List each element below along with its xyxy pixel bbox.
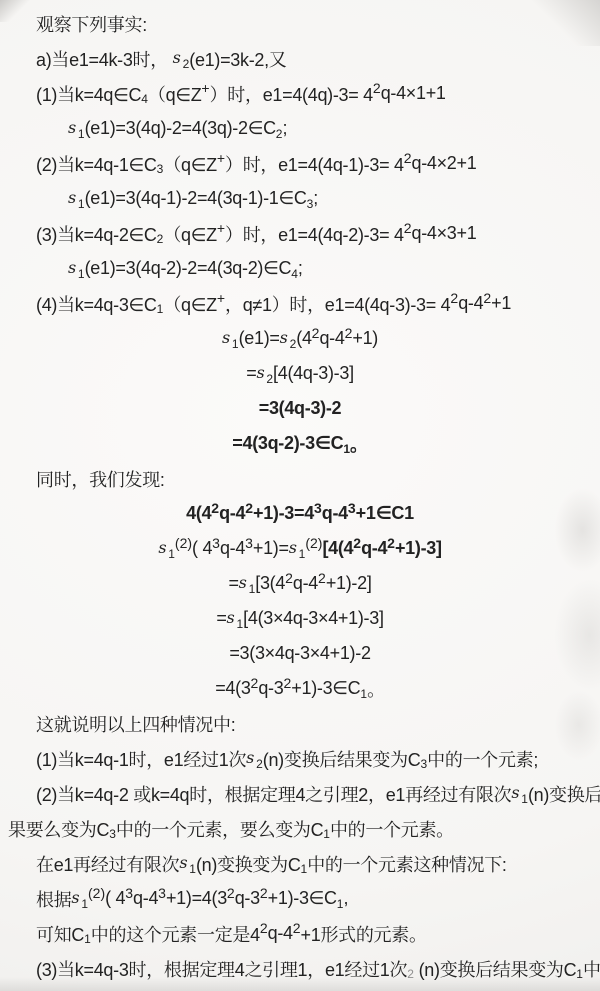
s-function-symbol: s: [511, 783, 519, 802]
text-token: =3(3×4q-3×4+1)-2: [229, 643, 370, 664]
subscript-token: 1: [360, 687, 367, 701]
superscript-token: (2): [305, 535, 322, 551]
superscript-token: (2): [88, 885, 105, 901]
case-4-step-4: =4(3q-2)-3∈C1。: [0, 426, 600, 461]
subscript-token: 1: [343, 442, 350, 456]
superscript-token: 2: [283, 675, 291, 691]
text-token: ;: [313, 188, 318, 209]
subscript-token: 1: [337, 897, 344, 911]
text-token: +1)=: [253, 538, 289, 559]
superscript-token: 3: [158, 885, 166, 901]
text-token: （q∈Z: [163, 221, 217, 247]
text-token: q-3: [258, 678, 283, 699]
derivation-step-4: =3(3×4q-3×4+1)-2: [0, 636, 600, 671]
superscript-token: 2: [387, 535, 395, 551]
superscript-token: 2: [285, 570, 293, 586]
subscript-token: 1: [521, 792, 528, 806]
text-token: q-4: [322, 503, 348, 524]
text-token: q-4: [133, 888, 158, 909]
superscript-token: 2: [450, 290, 458, 306]
text-token: +1): [352, 328, 378, 349]
text-token: q-4: [319, 328, 344, 349]
text-token: ）时，e1=4(4q)-3= 4: [210, 81, 373, 107]
subscript-token: 2: [290, 337, 297, 351]
text-token: (e1)=: [239, 328, 280, 349]
case-2-statement: (2)当k=4q-1∈C3（q∈Z+）时，e1=4(4q-1)-3= 42q-4…: [0, 146, 600, 181]
text-token: (e1)=3(4q)-2=4(3q)-2∈C: [85, 118, 276, 139]
case-4-statement: (4)当k=4q-3∈C1（q∈Z+，q≠1）时，e1=4(4q-3)-3= 4…: [0, 286, 600, 321]
text-token: (2)当k=4q-2 或k=4q时，根据定理4之引理2，e1再经过有限次: [36, 781, 511, 807]
subscript-token: 1: [78, 127, 85, 141]
case-3-statement: (3)当k=4q-2∈C2（q∈Z+）时，e1=4(4q-2)-3= 42q-4…: [0, 216, 600, 251]
s-function-symbol: s: [280, 328, 288, 347]
subscript-token: 1: [81, 897, 88, 911]
superscript-token: 2: [404, 220, 412, 236]
superscript-token: 2: [483, 290, 491, 306]
subscript-token: 4: [141, 92, 148, 106]
subscript-token: 3: [109, 827, 116, 841]
text-token: 根据: [36, 886, 71, 912]
subscript-token: 1: [299, 547, 306, 561]
text-token: 中: [583, 956, 600, 982]
text-token: (e1)=3(4q-2)-2=4(3q-2)∈C: [85, 258, 292, 279]
superscript-token: 3: [212, 535, 220, 551]
superscript-token: 2: [404, 150, 412, 166]
c1-case-intro: 在e1再经过有限次s1(n)变换变为C1中的一个元素这种情况下:: [0, 846, 600, 881]
text-token: (e1)=3k-2,又: [189, 46, 286, 72]
text-token: 中的一个元素，要么变为C: [116, 816, 323, 842]
text-token: 观察下列事实:: [36, 11, 147, 37]
conclusion-2-continued: 果要么变为C3中的一个元素，要么变为C1中的一个元素。: [0, 811, 600, 846]
superscript-token: 2: [373, 80, 381, 96]
s-function-symbol: s: [179, 853, 187, 872]
text-token: 在e1再经过有限次: [36, 851, 179, 877]
text-token: +1)-3]: [395, 538, 442, 559]
text-token: 可知C: [36, 921, 84, 947]
conclusion-1: (1)当k=4q-1时，e1经过1次s2(n)变换后结果变为C3中的一个元素;: [0, 741, 600, 776]
derivation-step-1: s1(2)( 43q-43+1)=s1(2)[4(42q-42+1)-3]: [0, 531, 600, 566]
text-token: (n)变换后结果变为C: [263, 746, 421, 772]
text-token: q-4: [361, 538, 387, 559]
subscript-token: 2: [266, 372, 273, 386]
text-token: 同时，我们发现:: [36, 466, 165, 492]
text-token: [4(4q-3)-3]: [273, 363, 354, 384]
derivation-step-5: =4(32q-32+1)-3∈C1。: [0, 671, 600, 706]
conclusion-2: (2)当k=4q-2 或k=4q时，根据定理4之引理2，e1再经过有限次s1(n…: [0, 776, 600, 811]
text-token: 中的一个元素;: [427, 746, 538, 772]
superscript-token: 2: [293, 920, 301, 936]
superscript-token: 2: [260, 920, 268, 936]
case-2-result: s1(e1)=3(4q-1)-2=4(3q-1)-1∈C3;: [0, 181, 600, 216]
text-token: ;: [298, 258, 303, 279]
text-token: (4)当k=4q-3∈C: [36, 291, 157, 317]
text-token: （q∈Z: [148, 81, 202, 107]
derivation-step-2: =s1[3(42q-42+1)-2]: [0, 566, 600, 601]
subscript-token: 1: [301, 862, 308, 876]
subscript-token: 1: [232, 337, 239, 351]
superscript-token: 3: [245, 535, 253, 551]
text-token: 。: [367, 676, 385, 702]
text-token: +1∈C1: [356, 503, 414, 524]
text-token: +1)-3∈C: [268, 888, 337, 909]
text-token: =: [246, 363, 256, 384]
case-3-result: s1(e1)=3(4q-2)-2=4(3q-2)∈C4;: [0, 251, 600, 286]
text-token: (2)当k=4q-1∈C: [36, 151, 157, 177]
text-token: (4: [296, 328, 311, 349]
subscript-token: 2: [157, 232, 164, 246]
s-function-symbol: s: [68, 258, 76, 277]
case-1-result: s1(e1)=3(4q)-2=4(3q)-2∈C2;: [0, 111, 600, 146]
text-token: 中的一个元素这种情况下:: [307, 851, 506, 877]
c1-case-basis: 根据s1(2)( 43q-43+1)=4(32q-32+1)-3∈C1,: [0, 881, 600, 916]
text-token: +1)-2]: [326, 573, 372, 594]
superscript-token: 2: [245, 500, 253, 516]
superscript-token: 2: [345, 325, 353, 341]
heading-observe: 观察下列事实:: [0, 6, 600, 41]
text-token: ,: [343, 888, 348, 909]
document-body: 观察下列事实:a)当e1=4k-3时， s2(e1)=3k-2,又(1)当k=4…: [0, 6, 600, 986]
text-token: (1)当k=4q∈C: [36, 81, 141, 107]
text-token: 中的这个元素一定是4: [91, 921, 260, 947]
conclusion-heading: 这就说明以上四种情况中:: [0, 706, 600, 741]
subscript-token: 3: [420, 757, 427, 771]
subscript-token: 1: [323, 827, 330, 841]
superscript-token: 3: [314, 500, 322, 516]
superscript-token: 2: [211, 500, 219, 516]
superscript-token: +: [217, 220, 225, 236]
subscript-token: 1: [157, 302, 164, 316]
superscript-token: +: [217, 150, 225, 166]
text-token: (n)变换后结果变为C: [414, 956, 576, 982]
s-function-symbol: s: [246, 748, 254, 767]
subscript-token: 1: [78, 267, 85, 281]
text-token: =: [228, 573, 238, 594]
text-token: q-4: [458, 293, 483, 314]
subscript-token: 3: [307, 197, 314, 211]
derivation-step-3: =s1[4(3×4q-3×4+1)-3]: [0, 601, 600, 636]
text-token: (3)当k=4q-3时，根据定理4之引理1，e1经过1次: [36, 956, 407, 982]
s-function-symbol: s: [71, 888, 79, 907]
text-token: [3(4: [255, 573, 285, 594]
text-token: （q∈Z: [163, 291, 217, 317]
text-token: q-4: [219, 503, 245, 524]
superscript-token: +: [201, 80, 209, 96]
text-token: [4(3×4q-3×4+1)-3]: [243, 608, 384, 629]
s-function-symbol: s: [227, 608, 235, 627]
text-token: ;: [282, 118, 287, 139]
document-page: 观察下列事实:a)当e1=4k-3时， s2(e1)=3k-2,又(1)当k=4…: [0, 0, 600, 991]
superscript-token: 2: [312, 325, 320, 341]
text-token: 果要么变为C: [8, 816, 109, 842]
text-token: =3(4q-3)-2: [259, 398, 342, 419]
case-4-step-2: =s2[4(4q-3)-3]: [0, 356, 600, 391]
text-token: ）时，e1=4(4q-2)-3= 4: [225, 221, 404, 247]
text-token: +1)=4(3: [166, 888, 227, 909]
superscript-token: 3: [348, 500, 356, 516]
case-1-statement: (1)当k=4q∈C4（q∈Z+）时，e1=4(4q)-3= 42q-4×1+1: [0, 76, 600, 111]
text-token: ，q≠1）时，e1=4(4q-3)-3= 4: [225, 291, 450, 317]
subscript-token: 1: [78, 197, 85, 211]
superscript-token: 2: [251, 675, 259, 691]
text-token: q-4×3+1: [411, 223, 476, 244]
s-function-symbol: s: [173, 48, 181, 67]
text-token: (1)当k=4q-1时，e1经过1次: [36, 746, 246, 772]
subscript-token: 1: [84, 932, 91, 946]
heading-meanwhile: 同时，我们发现:: [0, 461, 600, 496]
text-token: （q∈Z: [163, 151, 217, 177]
text-token: ( 4: [192, 538, 212, 559]
text-token: q-4: [293, 573, 318, 594]
subscript-token: 1: [576, 967, 583, 981]
subscript-token: 3: [157, 162, 164, 176]
superscript-token: 2: [227, 885, 235, 901]
case-4-step-3: =3(4q-3)-2: [0, 391, 600, 426]
s-function-symbol: s: [222, 328, 230, 347]
subscript-token: 2: [256, 757, 263, 771]
subscript-token: 1: [189, 862, 196, 876]
text-token: 4(4: [186, 503, 211, 524]
text-token: [4(4: [322, 538, 353, 559]
text-token: q-3: [235, 888, 260, 909]
superscript-token: 2: [353, 535, 361, 551]
subscript-token: 2: [183, 57, 190, 71]
text-token: ）时，e1=4(4q-1)-3= 4: [225, 151, 404, 177]
text-token: =4(3: [215, 678, 250, 699]
text-token: +1: [491, 293, 511, 314]
text-token: +1)-3=4: [253, 503, 314, 524]
text-token: +1)-3∈C: [291, 678, 360, 699]
subscript-token: 1: [249, 582, 256, 596]
text-token: (n)变换后结: [528, 781, 600, 807]
text-token: (e1)=3(4q-1)-2=4(3q-1)-1∈C: [85, 188, 307, 209]
s-function-symbol: s: [158, 538, 166, 557]
subscript-token: 2: [276, 127, 283, 141]
subscript-token: 1: [236, 617, 243, 631]
superscript-token: +: [217, 290, 225, 306]
text-token: q-4×1+1: [381, 83, 446, 104]
subscript-token: 2: [407, 967, 414, 981]
s-function-symbol: s: [68, 118, 76, 137]
text-token: 这就说明以上四种情况中:: [36, 711, 235, 737]
s-function-symbol: s: [289, 538, 297, 557]
text-token: q-4: [220, 538, 245, 559]
s-function-symbol: s: [68, 188, 76, 207]
text-token: +1形式的元素。: [301, 921, 427, 947]
text-token: q-4×2+1: [411, 153, 476, 174]
subscript-token: 1: [168, 547, 175, 561]
superscript-token: 3: [125, 885, 133, 901]
case-4-step-1: s1(e1)=s2(42q-42+1): [0, 321, 600, 356]
text-token: 中的一个元素。: [330, 816, 454, 842]
s-function-symbol: s: [239, 573, 247, 592]
c1-case-form: 可知C1中的这个元素一定是42q-42+1形式的元素。: [0, 916, 600, 951]
text-token: 。: [350, 431, 368, 457]
superscript-token: 2: [260, 885, 268, 901]
superscript-token: (2): [175, 535, 192, 551]
s-function-symbol: s: [256, 363, 264, 382]
superscript-token: 2: [318, 570, 326, 586]
text-token: =: [216, 608, 226, 629]
text-token: ( 4: [105, 888, 125, 909]
text-token: a)当e1=4k-3时，: [36, 46, 173, 72]
conclusion-3: (3)当k=4q-3时，根据定理4之引理1，e1经过1次2 (n)变换后结果变为…: [0, 951, 600, 986]
text-token: (3)当k=4q-2∈C: [36, 221, 157, 247]
text-token: =4(3q-2)-3∈C: [232, 433, 343, 454]
subscript-token: 4: [291, 267, 298, 281]
identity-line: 4(42q-42+1)-3=43q-43+1∈C1: [0, 496, 600, 531]
text-token: (n)变换变为C: [196, 851, 301, 877]
case-a-statement: a)当e1=4k-3时， s2(e1)=3k-2,又: [0, 41, 600, 76]
text-token: q-4: [268, 923, 293, 944]
